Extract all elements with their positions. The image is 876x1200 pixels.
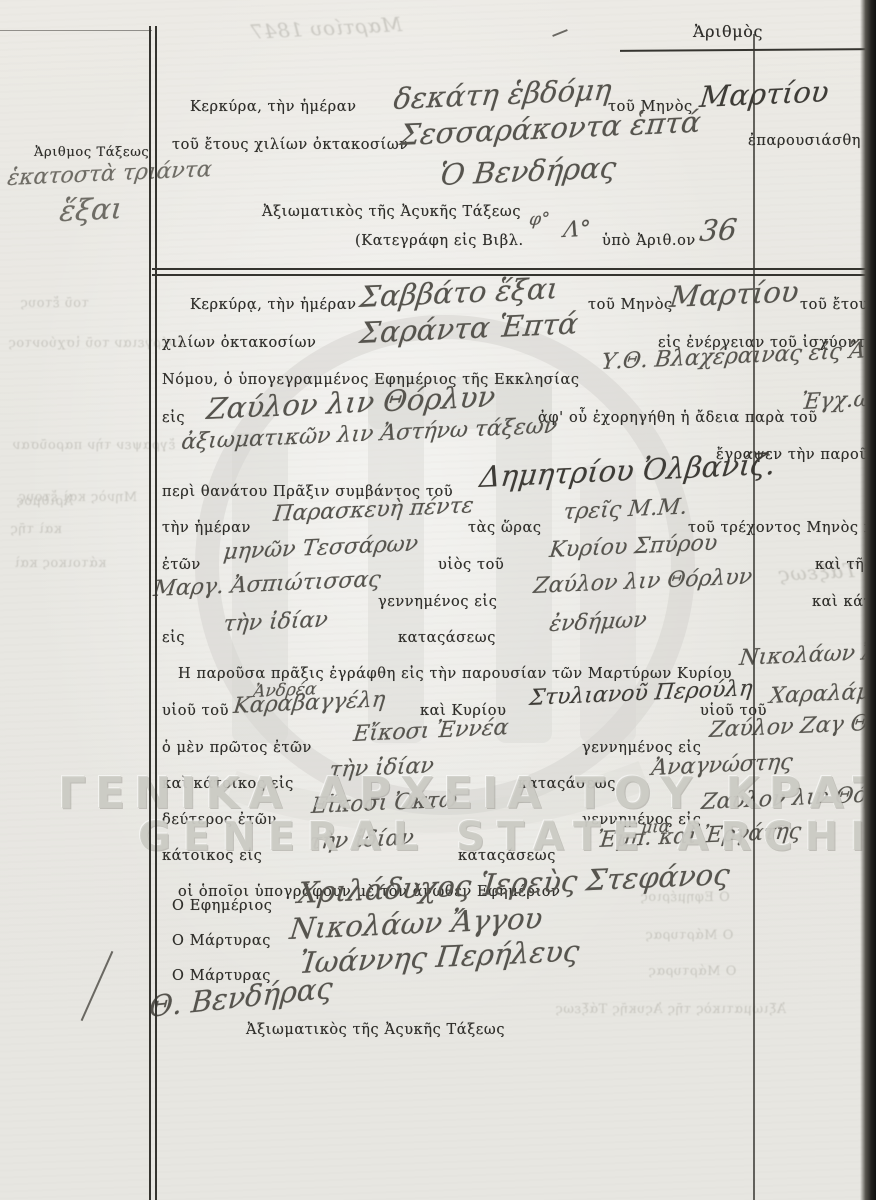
bleedthrough-text: τοῦ ἔτους [20,296,89,311]
body-l13-first-age-label: ὁ μὲν πρῶτος ἐτῶν [162,740,312,756]
document-scan: { "page": { "number_label": "Ἀριθμὸς" },… [0,0,876,1200]
body-l8-age-label: ἐτῶν [162,557,201,573]
body-l16-same-handwritten: τὴν ἰδίαν [308,825,415,855]
header-number-handwritten: 36 [698,212,739,248]
body-l8-son-of-label: υἱὸς τοῦ [438,557,504,573]
header-registered-label: (Κατεγράφη εἰς Βιβλ. [355,233,524,249]
signature-martyras1-label: Ο Μάρτυρας [172,933,271,949]
body-l11-witnesses-label: Η παροῦσα πρᾶξις ἐγράφθη εἰς τὴν παρουσί… [178,666,732,682]
bleedthrough-text: ἐνέργειαν τοῦ ἰσχύοντος [8,336,184,351]
header-under-number-label: ὑπὸ Ἀριθ.ον [602,233,696,249]
signature-officer-title: Ἀξιωματικὸς τῆς Ἀςυκῆς Τάξεως [246,1022,505,1038]
header-book-handwritten: Λ° [562,217,592,243]
body-l10-same-handwritten: τὴν ἰδίαν [222,607,329,637]
bleedthrough-text: Μηνὸς καὶ ἔτους [18,490,137,505]
body-l1-month-label: τοῦ Μηνὸς [588,297,673,313]
page-binding-edge [860,0,876,1200]
body-l7-day-label: τὴν ἡμέραν [162,520,251,536]
body-l10-eis-label: εἰς [162,630,185,646]
body-l12-son-of-label: υἱοῦ τοῦ [162,703,229,719]
header-officer-title: Ἀξιωματικὸς τῆς Ἀςυκῆς Τάξεως [262,204,521,220]
margin-taxis-label: Ἀριθμος Τάξεως [34,145,149,160]
header-month-handwritten: Μαρτίου [698,74,831,114]
header-place-day-label: Κερκύρα, τὴν ἡμέραν [190,99,357,115]
body-l10-status-handwritten: ἐνδήμων [548,608,648,637]
body-l14-resident-label: καὶ κάτοικος εἰς [162,776,294,792]
signature-efimerios-label: Ο Εφημέριος [172,898,273,914]
header-year-label: τοῦ ἔτους χιλίων ὀκτακοσίων [172,137,409,153]
section-double-rule-b [152,274,876,276]
bleedthrough-text: Ο Μάρτυρας [648,964,736,979]
margin-top-rule [0,30,152,31]
body-l7-hours-label: τὰς ὥρας [468,520,542,536]
section-double-rule-a [152,268,876,270]
body-l15-second-age-label: δεύτερος ἐτῶν [162,812,277,828]
body-l10-status-label: καταςάσεως [398,630,496,646]
left-double-rule-b [155,26,157,1200]
body-l1-place-day-label: Κερκύρᾳ, τὴν ἡμέραν [190,297,357,313]
body-l9-born-label: γεννημένος εἰς [378,594,497,610]
bleedthrough-text: Ο Μάρτυρας [645,928,733,943]
body-l14-same-handwritten: τὴν ἰδίαν [328,753,435,783]
bleedthrough-text: καὶ τῆς [10,522,62,537]
left-double-rule-a [149,26,151,1200]
body-l2-year-label: χιλίων ὀκτακοσίων [162,335,316,351]
right-column-rule [753,34,755,1200]
bleedthrough-text: Ἀξιωματικὸς τῆς Ἀςυκῆς Τάξεως [555,1002,786,1017]
body-l16-status-label: καταςάσεως [458,848,556,864]
body-l14-status-label: καταςάσεως [518,776,616,792]
header-presented-label: ἐπαρουσιάσθη [748,133,861,149]
header-phi-mark: φ° [528,209,551,230]
body-l4-eis-label: εἰς [162,410,185,426]
margin-taxis-value-line2: ἕξαι [58,191,124,228]
body-l1-month-handwritten: Μαρτίου [668,274,801,314]
body-l4-permission-label: ἀφ' οὗ ἐχορηγήθη ἡ ἄδεια παρὰ τοῦ [538,410,818,426]
bleedthrough-text: κάτοικος καὶ [14,556,106,571]
body-l16-resident-label: κάτοικος εἰς [162,848,262,864]
